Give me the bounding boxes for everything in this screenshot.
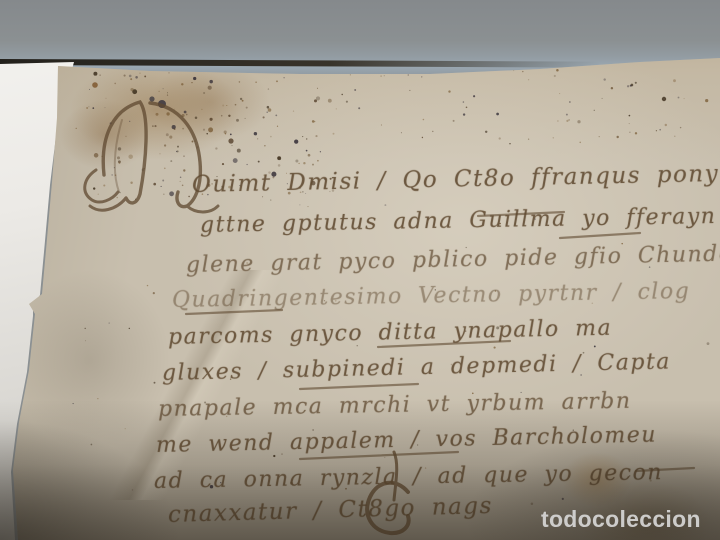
photo-of-manuscript: Ouimt Dmisi / Qo Ct8o ffranqus pony a gt… <box>0 0 720 540</box>
manuscript-text-block: Ouimt Dmisi / Qo Ct8o ffranqus pony a gt… <box>0 0 720 540</box>
parchment-page: Ouimt Dmisi / Qo Ct8o ffranqus pony a gt… <box>0 0 720 540</box>
manuscript-line: pnapale mca mrchi vt yrbum arrbn <box>158 389 632 422</box>
manuscript-line: gluxes / subpinedi a depmedi / Capta <box>162 349 671 386</box>
manuscript-line: parcoms gnyco ditta ynapallo ma <box>168 316 613 350</box>
manuscript-line: glene grat pyco pblico pide gfio Chunde … <box>186 241 720 278</box>
manuscript-line: gttne gptutus adna Guillma yo fferayn <box>200 204 717 238</box>
manuscript-line: Quadringentesimo Vectno pyrtnr / clog <box>172 279 691 313</box>
manuscript-line: cnaxxatur / Ct8go nags <box>168 493 493 528</box>
todocoleccion-watermark: todocoleccion <box>541 506 701 533</box>
manuscript-line: ad ca onna rynzla / ad que yo gecon <box>154 460 663 494</box>
manuscript-line: me wend appalem / vos Barcholomeu <box>156 423 657 458</box>
manuscript-line: Ouimt Dmisi / Qo Ct8o ffranqus pony a <box>192 160 720 198</box>
